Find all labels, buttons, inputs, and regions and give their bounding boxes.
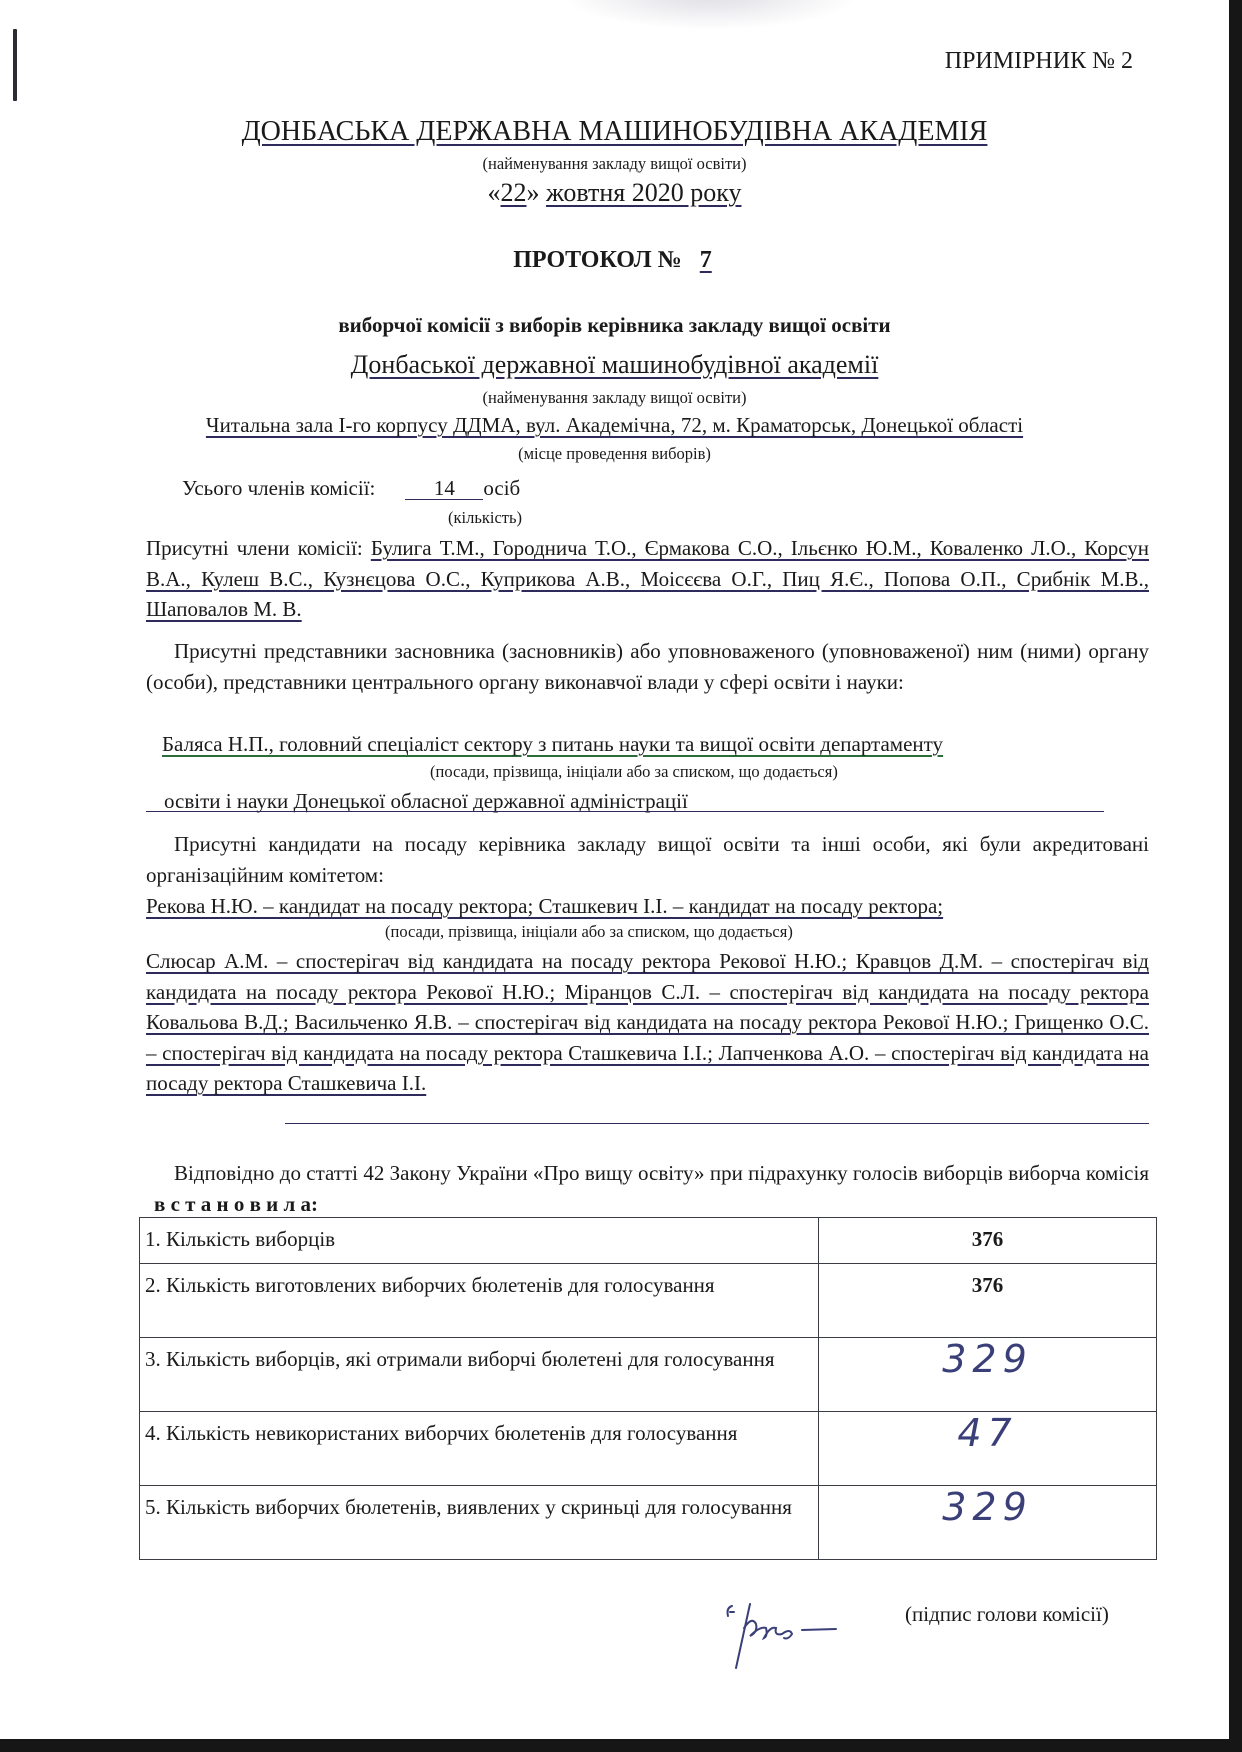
chairman-signature [720,1598,850,1678]
institution-genitive-caption: (найменування закладу вищої освіти) [0,388,1229,408]
findings-intro-text: Відповідно до статті 42 Закону України «… [174,1161,1149,1185]
table-row: 5. Кількість виборчих бюлетенів, виявлен… [140,1486,1157,1560]
institution-caption: (найменування закладу вищої освіти) [0,154,1229,174]
election-place-text: Читальна зала І-го корпусу ДДМА, вул. Ак… [206,413,1023,437]
row-value-handwritten: 329 [819,1486,1157,1560]
row-label: 1. Кількість виборців [140,1218,819,1264]
scan-shadow [560,0,860,30]
table-row: 4. Кількість невикористаних виборчих бюл… [140,1412,1157,1486]
findings-intro: Відповідно до статті 42 Закону України «… [146,1158,1149,1219]
members-total-label: Усього членів комісії: [182,476,375,500]
institution-name: ДОНБАСЬКА ДЕРЖАВНА МАШИНОБУДІВНА АКАДЕМІ… [0,116,1229,148]
findings-verdict: в с т а н о в и л а: [154,1192,318,1216]
signature-icon [720,1598,850,1673]
date-month-year: жовтня 2020 року [546,178,741,207]
institution-genitive: Донбаської державної машинобудівної акад… [0,350,1229,380]
protocol-subtitle: виборчої комісії з виборів керівника зак… [0,313,1229,338]
institution-name-text: ДОНБАСЬКА ДЕРЖАВНА МАШИНОБУДІВНА АКАДЕМІ… [242,116,988,147]
scan-border-bottom [0,1739,1242,1752]
date-quote-open: « [488,178,501,207]
candidates-line-1-text: Рекова Н.Ю. – кандидат на посаду ректора… [146,894,943,918]
signature-caption: (підпис голови комісії) [905,1602,1109,1627]
institution-genitive-text: Донбаської державної машинобудівної акад… [351,350,879,379]
founders-line-1: Баляса Н.П., головний спеціаліст сектору… [146,729,943,760]
row-label: 2. Кількість виготовлених виборчих бюлет… [140,1264,819,1338]
observers-list: Слюсар А.М. – спостерігач від кандидата … [146,946,1149,1099]
candidates-intro: Присутні кандидати на посаду керівника з… [146,829,1149,890]
protocol-date: «22» жовтня 2020 року [0,178,1229,208]
row-label: 4. Кількість невикористаних виборчих бюл… [140,1412,819,1486]
table-row: 1. Кількість виборців 376 [140,1218,1157,1264]
present-members-label: Присутні члени комісії: [146,536,363,560]
founders-intro: Присутні представники засновника (заснов… [146,636,1149,697]
scan-punch-mark [13,29,17,101]
protocol-title: ПРОТОКОЛ № 7 [0,247,1229,274]
election-place: Читальна зала І-го корпусу ДДМА, вул. Ак… [0,413,1229,438]
present-members: Присутні члени комісії: Булига Т.М., Гор… [146,533,1149,625]
scan-border-right [1229,0,1242,1752]
members-total-unit: осіб [483,476,520,500]
members-count-caption: (кількість) [448,508,522,528]
members-total-count: 14 [405,477,483,500]
candidates-line-1: Рекова Н.Ю. – кандидат на посаду ректора… [146,891,943,922]
founders-fill-line [146,811,1104,812]
row-value: 376 [819,1264,1157,1338]
table-row: 3. Кількість виборців, які отримали вибо… [140,1338,1157,1412]
row-label: 3. Кількість виборців, які отримали вибо… [140,1338,819,1412]
row-label: 5. Кількість виборчих бюлетенів, виявлен… [140,1486,819,1560]
founders-caption: (посади, прізвища, ініціали або за списк… [430,762,838,782]
founders-line-1-text: Баляса Н.П., головний спеціаліст сектору… [146,732,943,756]
table-row: 2. Кількість виготовлених виборчих бюлет… [140,1264,1157,1338]
date-day: 22 [501,178,527,207]
row-value: 376 [819,1218,1157,1264]
date-quote-close: » [527,178,547,207]
row-value-handwritten: 47 [819,1412,1157,1486]
protocol-number: 7 [696,247,716,273]
observers-fill-line [285,1123,1149,1124]
protocol-title-text: ПРОТОКОЛ № [513,247,682,273]
founders-line-2-text: освіти і науки Донецької обласної держав… [146,789,688,813]
copy-number: ПРИМІРНИК № 2 [945,48,1133,75]
row-value-handwritten: 329 [819,1338,1157,1412]
observers-list-text: Слюсар А.М. – спостерігач від кандидата … [146,949,1149,1095]
candidates-caption: (посади, прізвища, ініціали або за списк… [385,922,793,942]
members-total: Усього членів комісії:14осіб [182,476,520,501]
results-table: 1. Кількість виборців 376 2. Кількість в… [139,1217,1157,1560]
election-place-caption: (місце проведення виборів) [0,444,1229,464]
